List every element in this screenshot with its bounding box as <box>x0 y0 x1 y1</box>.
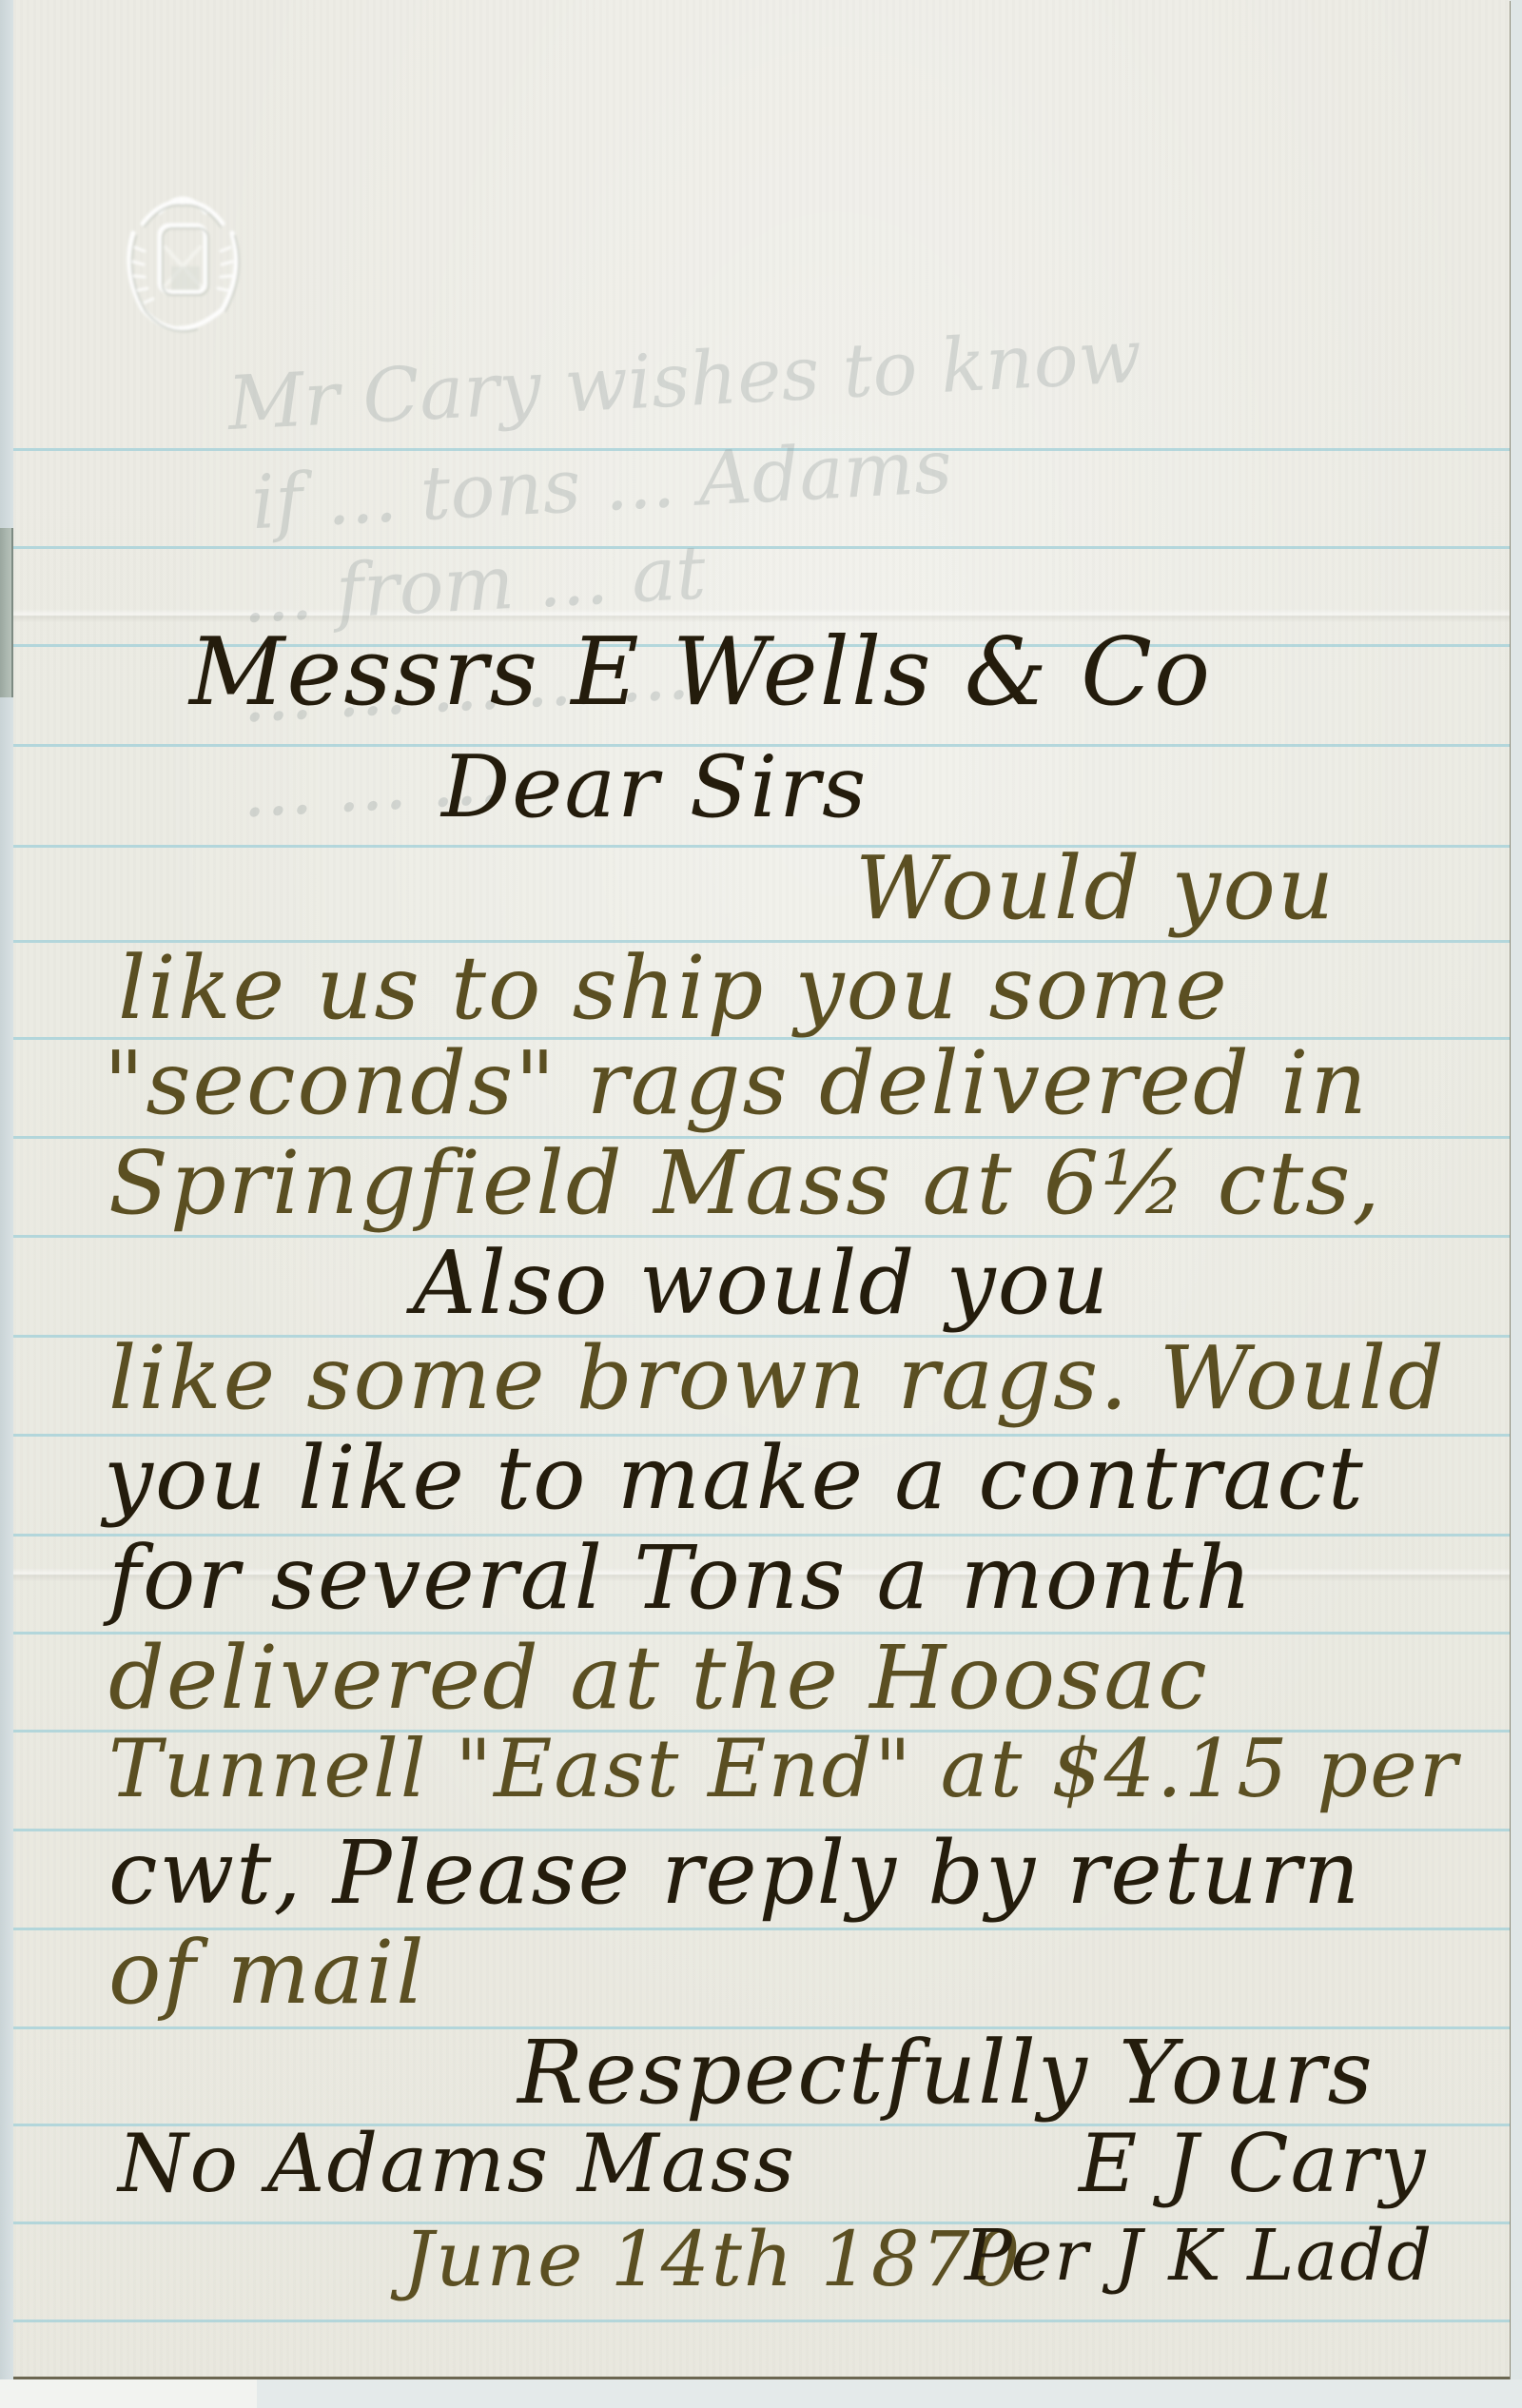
background-bottom <box>0 2379 1522 2408</box>
background-card <box>0 2379 257 2408</box>
letter-salutation: Dear Sirs <box>441 737 868 837</box>
letter-body-line: Springfield Mass at 6½ cts, <box>108 1132 1382 1234</box>
letter-body-line: like us to ship you some <box>118 937 1229 1039</box>
letter-closing: Respectfully Yours <box>517 2022 1375 2124</box>
letter-body-line: delivered at the Hoosac <box>108 1627 1209 1729</box>
letter-body-line: "seconds" rags delivered in <box>104 1032 1369 1134</box>
bleed-through-text: if ... tons ... Adams <box>249 424 954 546</box>
letter-place: No Adams Mass <box>118 2117 796 2210</box>
letter-body-line: Also would you <box>413 1232 1110 1334</box>
letter-body-line: cwt, Please reply by return <box>108 1822 1361 1924</box>
letter-body-line: you like to make a contract <box>104 1427 1365 1529</box>
letter-signature: E J Cary <box>1079 2117 1427 2210</box>
binding-tab <box>0 528 13 697</box>
bleed-through-text: Mr Cary wishes to know <box>225 314 1143 447</box>
ruled-line <box>13 546 1510 549</box>
letter-date: June 14th 1870 <box>403 2215 1022 2303</box>
letter-body-line: Tunnell "East End" at $4.15 per <box>108 1722 1459 1815</box>
letter-body-line: of mail <box>108 1922 426 2024</box>
letter-per: Per J K Ladd <box>965 2215 1434 2297</box>
letter-body-line: Would you <box>855 837 1336 939</box>
ruled-line <box>13 2320 1510 2322</box>
background-left-edge <box>0 0 13 2408</box>
embossed-crest-icon <box>105 166 262 343</box>
letter-address: Messrs E Wells & Co <box>189 618 1212 727</box>
letter-paper: Mr Cary wishes to know if ... tons ... A… <box>13 0 1510 2379</box>
letter-body-line: for several Tons a month <box>108 1527 1254 1629</box>
letter-body-line: like some brown rags. Would <box>108 1327 1446 1429</box>
